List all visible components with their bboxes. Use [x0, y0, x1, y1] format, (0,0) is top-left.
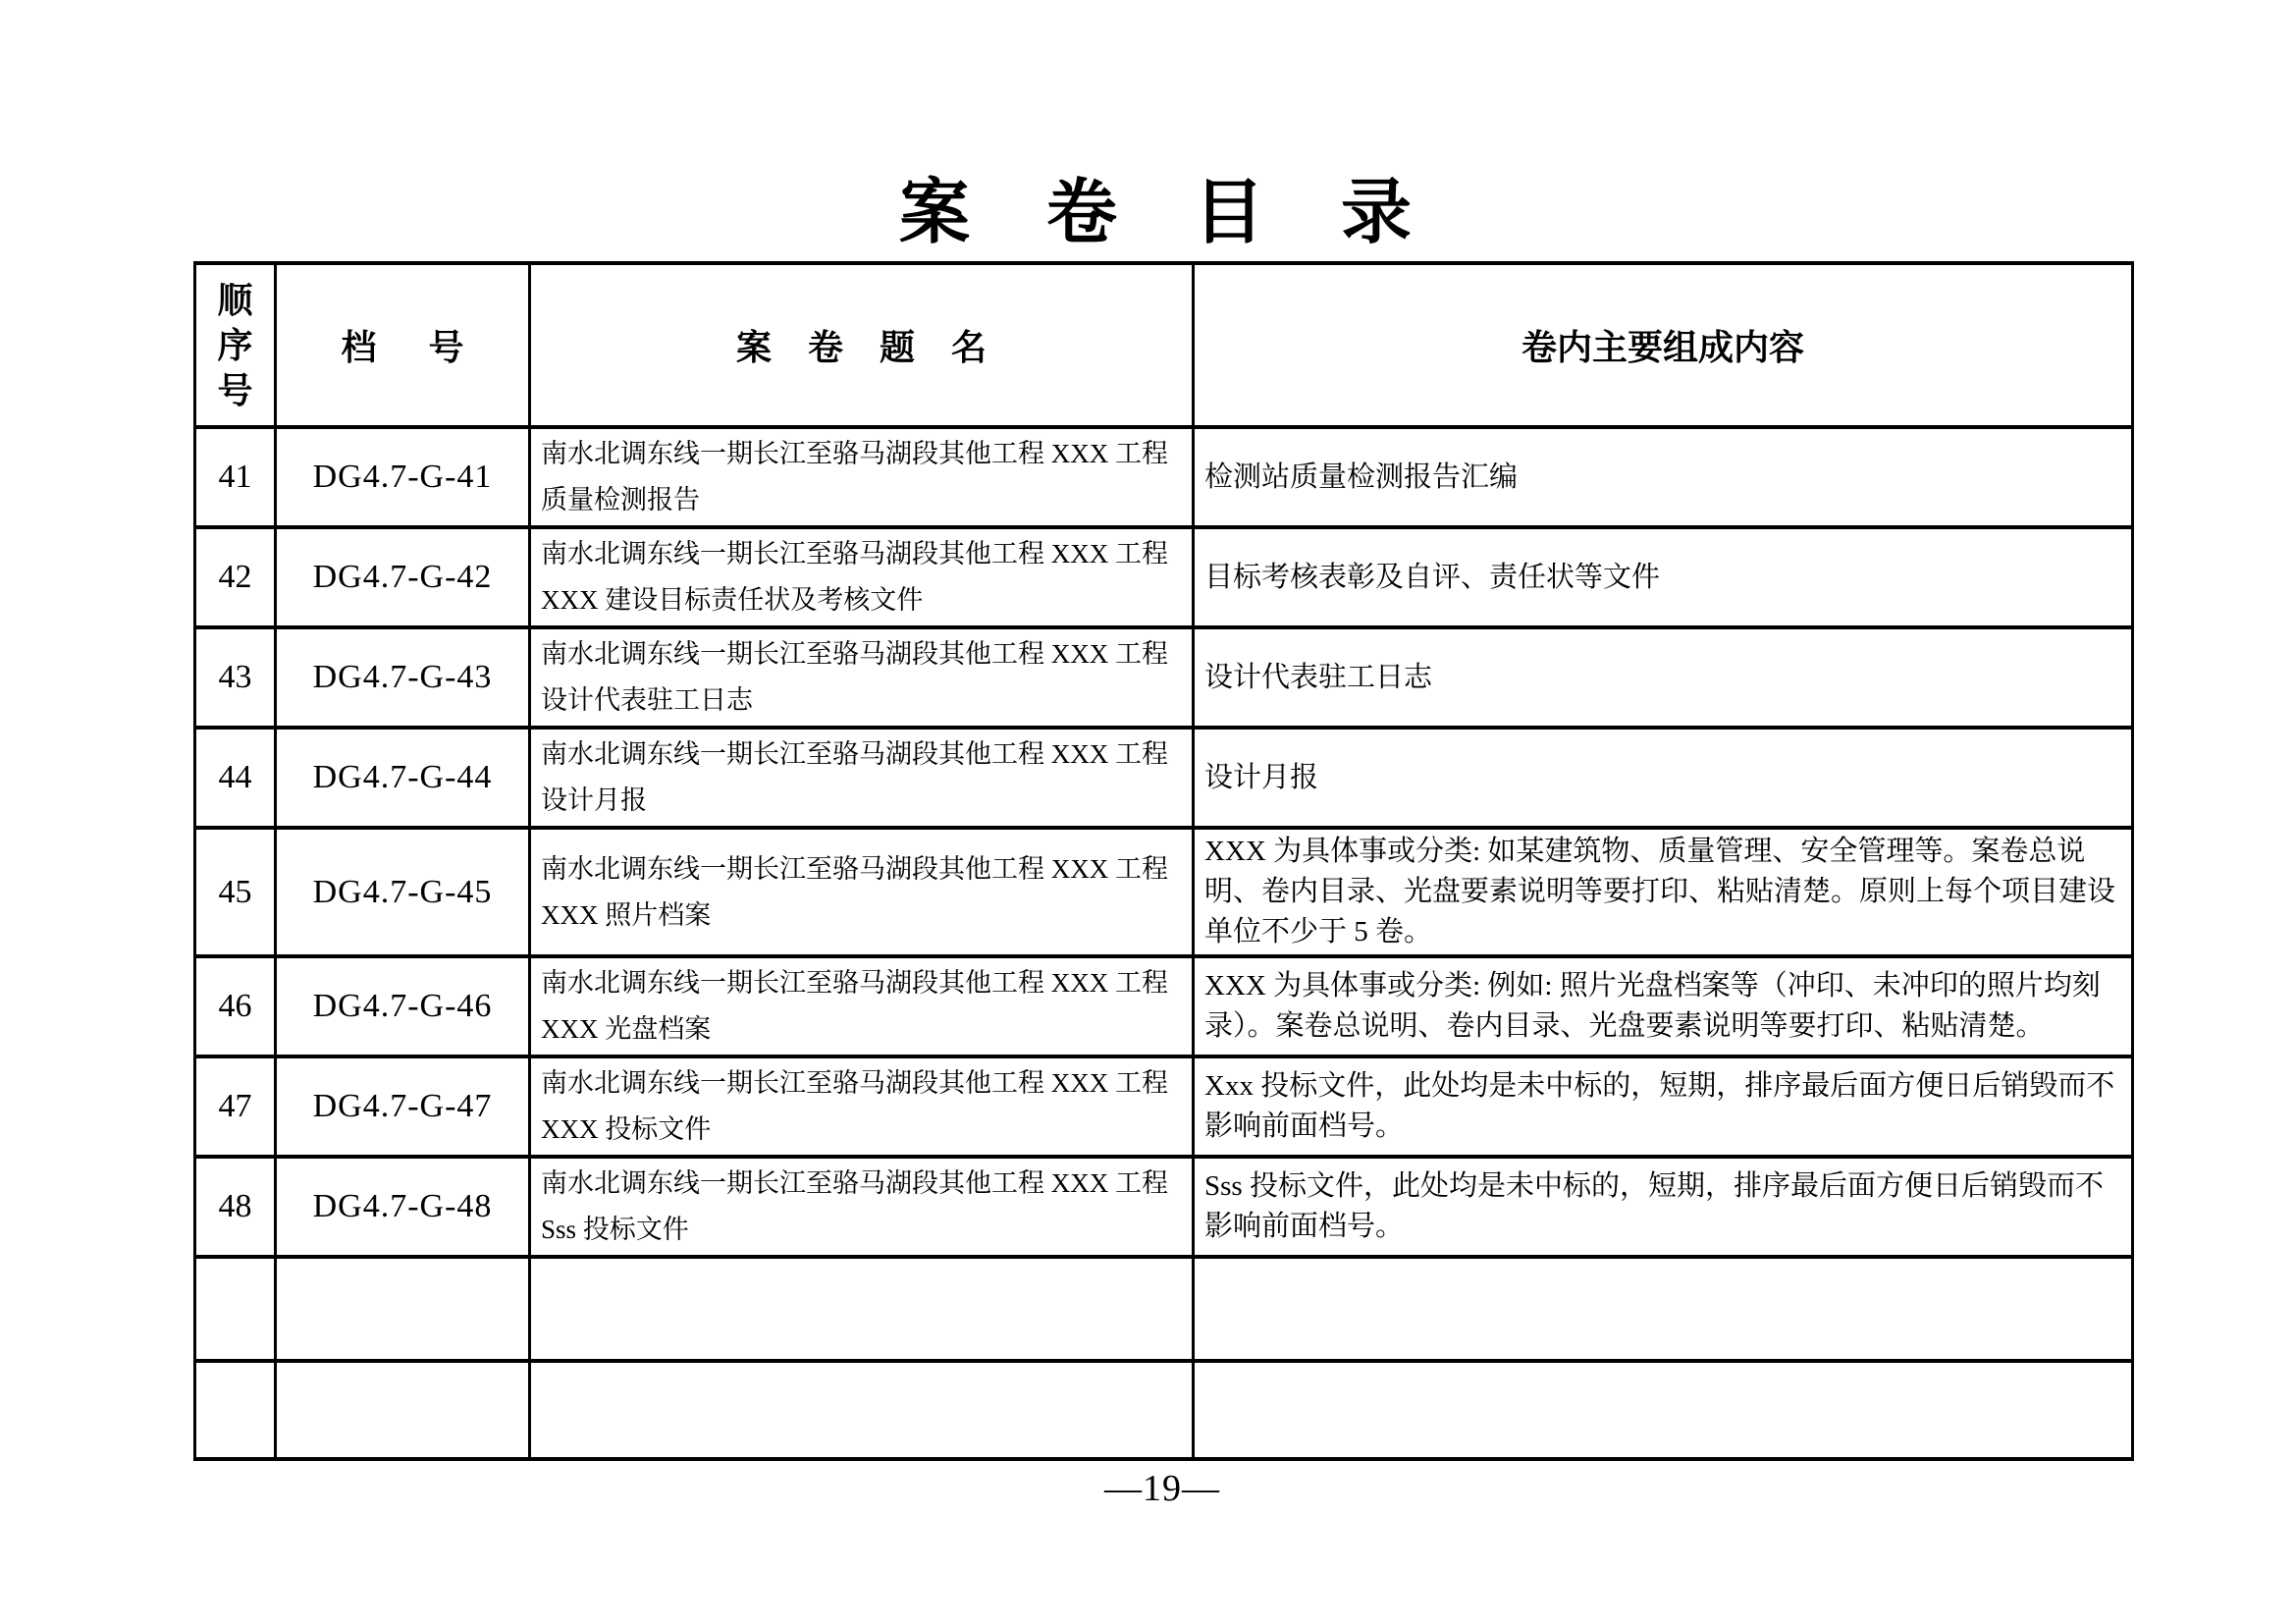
row-sequence-number: 47	[195, 1056, 276, 1157]
row-file-title: 南水北调东线一期长江至骆马湖段其他工程 XXX 工程 XXX 光盘档案	[530, 956, 1194, 1056]
row-file-number: DG4.7-G-42	[276, 527, 530, 627]
row-file-number	[276, 1361, 530, 1459]
row-sequence-number: 46	[195, 956, 276, 1056]
row-sequence-number: 41	[195, 427, 276, 527]
table-row: 42 DG4.7-G-42 南水北调东线一期长江至骆马湖段其他工程 XXX 工程…	[195, 527, 2133, 627]
row-main-contents: Xxx 投标文件，此处均是未中标的，短期，排序最后面方便日后销毁而不影响前面档号…	[1194, 1056, 2133, 1157]
row-main-contents: Sss 投标文件，此处均是未中标的，短期，排序最后面方便日后销毁而不影响前面档号…	[1194, 1157, 2133, 1257]
row-file-title: 南水北调东线一期长江至骆马湖段其他工程 XXX 工程 XXX 照片档案	[530, 828, 1194, 956]
table-header-row: 顺序号 档 号 案 卷 题 名 卷内主要组成内容	[195, 263, 2133, 427]
header-main-contents: 卷内主要组成内容	[1194, 263, 2133, 427]
row-file-number: DG4.7-G-46	[276, 956, 530, 1056]
row-file-number: DG4.7-G-41	[276, 427, 530, 527]
row-main-contents: XXX 为具体事或分类: 如某建筑物、质量管理、安全管理等。案卷总说明、卷内目录…	[1194, 828, 2133, 956]
row-sequence-number	[195, 1361, 276, 1459]
row-file-number: DG4.7-G-45	[276, 828, 530, 956]
row-sequence-number: 48	[195, 1157, 276, 1257]
row-file-title: 南水北调东线一期长江至骆马湖段其他工程 XXX 工程 Sss 投标文件	[530, 1157, 1194, 1257]
table-row: 45 DG4.7-G-45 南水北调东线一期长江至骆马湖段其他工程 XXX 工程…	[195, 828, 2133, 956]
table-row	[195, 1361, 2133, 1459]
row-file-number: DG4.7-G-44	[276, 728, 530, 828]
header-sequence-number: 顺序号	[195, 263, 276, 427]
row-file-number: DG4.7-G-43	[276, 627, 530, 728]
row-file-title: 南水北调东线一期长江至骆马湖段其他工程 XXX 工程质量检测报告	[530, 427, 1194, 527]
row-file-title: 南水北调东线一期长江至骆马湖段其他工程 XXX 工程 XXX 投标文件	[530, 1056, 1194, 1157]
row-file-number: DG4.7-G-47	[276, 1056, 530, 1157]
row-file-title	[530, 1257, 1194, 1361]
row-main-contents: 设计月报	[1194, 728, 2133, 828]
row-sequence-number	[195, 1257, 276, 1361]
header-file-number: 档 号	[276, 263, 530, 427]
table-row: 48 DG4.7-G-48 南水北调东线一期长江至骆马湖段其他工程 XXX 工程…	[195, 1157, 2133, 1257]
row-main-contents	[1194, 1257, 2133, 1361]
row-file-number: DG4.7-G-48	[276, 1157, 530, 1257]
header-sequence-number-label: 顺序号	[215, 278, 256, 413]
table-row	[195, 1257, 2133, 1361]
page-number: —19—	[193, 1467, 2131, 1510]
table-row: 46 DG4.7-G-46 南水北调东线一期长江至骆马湖段其他工程 XXX 工程…	[195, 956, 2133, 1056]
row-file-title: 南水北调东线一期长江至骆马湖段其他工程 XXX 工程设计月报	[530, 728, 1194, 828]
table-row: 44 DG4.7-G-44 南水北调东线一期长江至骆马湖段其他工程 XXX 工程…	[195, 728, 2133, 828]
catalog-table: 顺序号 档 号 案 卷 题 名 卷内主要组成内容 41 DG4.7-G-41 南…	[193, 261, 2134, 1461]
row-sequence-number: 44	[195, 728, 276, 828]
table-row: 43 DG4.7-G-43 南水北调东线一期长江至骆马湖段其他工程 XXX 工程…	[195, 627, 2133, 728]
row-main-contents: XXX 为具体事或分类: 例如: 照片光盘档案等（冲印、未冲印的照片均刻录）。案…	[1194, 956, 2133, 1056]
row-sequence-number: 43	[195, 627, 276, 728]
row-main-contents: 目标考核表彰及自评、责任状等文件	[1194, 527, 2133, 627]
table-row: 47 DG4.7-G-47 南水北调东线一期长江至骆马湖段其他工程 XXX 工程…	[195, 1056, 2133, 1157]
row-main-contents	[1194, 1361, 2133, 1459]
page-title: 案 卷 目 录	[193, 155, 2131, 257]
row-file-title	[530, 1361, 1194, 1459]
row-file-title: 南水北调东线一期长江至骆马湖段其他工程 XXX 工程设计代表驻工日志	[530, 627, 1194, 728]
table-body: 41 DG4.7-G-41 南水北调东线一期长江至骆马湖段其他工程 XXX 工程…	[195, 427, 2133, 1459]
row-main-contents: 设计代表驻工日志	[1194, 627, 2133, 728]
table-row: 41 DG4.7-G-41 南水北调东线一期长江至骆马湖段其他工程 XXX 工程…	[195, 427, 2133, 527]
document-page: 案 卷 目 录 顺序号 档 号 案 卷 题 名 卷内主要组成内容 41 DG4.…	[0, 0, 2296, 1624]
row-sequence-number: 45	[195, 828, 276, 956]
header-file-title: 案 卷 题 名	[530, 263, 1194, 427]
row-main-contents: 检测站质量检测报告汇编	[1194, 427, 2133, 527]
row-file-title: 南水北调东线一期长江至骆马湖段其他工程 XXX 工程 XXX 建设目标责任状及考…	[530, 527, 1194, 627]
row-sequence-number: 42	[195, 527, 276, 627]
row-file-number	[276, 1257, 530, 1361]
